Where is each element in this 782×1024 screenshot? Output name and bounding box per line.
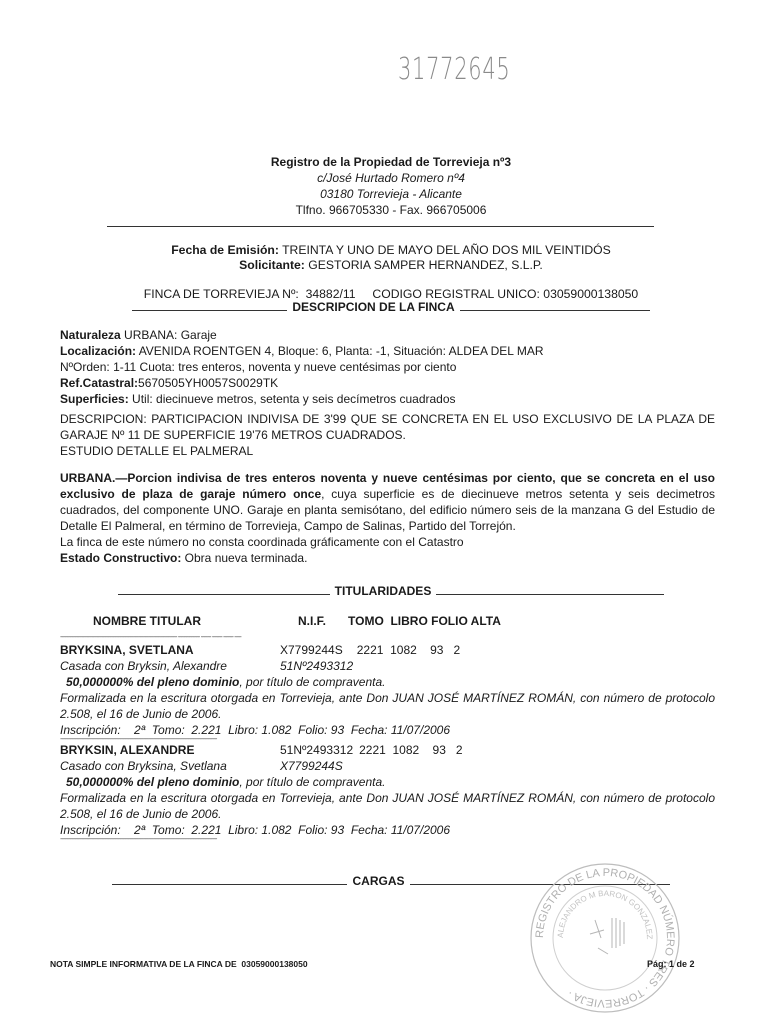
titular-formalizada: Formalizada en la escritura otorgada en …: [60, 690, 715, 722]
titular-name: BRYKSIN, ALEXANDRE: [60, 742, 300, 758]
section-titularidades: TITULARIDADES: [0, 584, 782, 598]
seal-outer-text: REGISTRO DE LA PROPIEDAD NÚMERO TRES · T…: [534, 867, 676, 1009]
section-descripcion: DESCRIPCION DE LA FINCA: [0, 300, 782, 314]
divider-right: [460, 310, 650, 311]
page-number: Pág: 1 de 2: [647, 959, 695, 969]
emission-value: TREINTA Y UNO DE MAYO DEL AÑO DOS MIL VE…: [282, 243, 611, 257]
ref-catastral: Ref.Catastral:5670505YH0057S0029TK: [60, 375, 715, 391]
estado-label: Estado Constructivo:: [60, 551, 181, 565]
divider-left: [118, 594, 330, 595]
ref-catastral-label: Ref.Catastral:: [60, 376, 138, 390]
divider-left: [112, 884, 347, 885]
header-nombre: NOMBRE TITULAR: [93, 614, 201, 628]
superficies: Superficies: Util: diecinueve metros, se…: [60, 391, 715, 407]
titular-name: BRYKSINA, SVETLANA: [60, 642, 300, 658]
header-underline: ----------------------------------------…: [60, 633, 410, 641]
emission-label: Fecha de Emisión:: [171, 243, 279, 257]
naturaleza-value: URBANA: Garaje: [121, 328, 217, 342]
registry-city: 03180 Torrevieja - Alicante: [0, 186, 782, 202]
solicitante-label: Solicitante:: [239, 258, 305, 272]
titular-row: BRYKSIN, ALEXANDRE51Nº24933122221 1082 9…: [60, 742, 715, 838]
localizacion-value: AVENIDA ROENTGEN 4, Bloque: 6, Planta: -…: [136, 344, 544, 358]
titular-nif: 51Nº2493312: [280, 742, 353, 758]
titular-share: 50,000000% del pleno dominio: [66, 675, 239, 689]
row-separator: ----------------------------------------…: [60, 835, 330, 843]
superficies-value: Util: diecinueve metros, setenta y seis …: [129, 392, 456, 406]
emission-date: Fecha de Emisión: TREINTA Y UNO DE MAYO …: [0, 242, 782, 258]
handwritten-reference-number: 31772645: [398, 52, 510, 87]
titular-spouse: Casado con Bryksina, Svetlana: [60, 758, 300, 774]
localizacion-label: Localización:: [60, 344, 136, 358]
titular-formalizada: Formalizada en la escritura otorgada en …: [60, 790, 715, 822]
titular-registry-data: 2221 1082 93 2: [359, 742, 462, 758]
titular-share-title: , por título de compraventa.: [239, 775, 385, 789]
section-title: CARGAS: [347, 874, 409, 888]
ref-catastral-value: 5670505YH0057S0029TK: [138, 376, 278, 390]
svg-text:REGISTRO DE LA PROPIEDAD NÚMER: REGISTRO DE LA PROPIEDAD NÚMERO TRES · T…: [534, 867, 676, 1009]
seal-inner-text: ALEJANDRO M BARON GONZALEZ: [556, 889, 654, 940]
titular-spouse-nif: 51Nº2493312: [280, 658, 353, 674]
solicitante-value: GESTORIA SAMPER HERNANDEZ, S.L.P.: [308, 258, 543, 272]
titular-spouse-nif: X7799244S: [280, 758, 343, 774]
localizacion: Localización: AVENIDA ROENTGEN 4, Bloque…: [60, 343, 715, 359]
estudio-detalle: ESTUDIO DETALLE EL PALMERAL: [60, 443, 715, 459]
svg-text:ALEJANDRO M BARON GONZALEZ: ALEJANDRO M BARON GONZALEZ: [556, 889, 654, 940]
registry-seal-stamp: REGISTRO DE LA PROPIEDAD NÚMERO TRES · T…: [520, 860, 690, 1015]
registry-address: c/José Hurtado Romero nº4: [0, 170, 782, 186]
urbana-paragraph: URBANA.—Porcion indivisa de tres enteros…: [60, 470, 715, 566]
descripcion-paragraph: DESCRIPCION: PARTICIPACION INDIVISA DE 3…: [60, 411, 715, 459]
descripcion-text: DESCRIPCION: PARTICIPACION INDIVISA DE 3…: [60, 411, 715, 443]
titular-share-title: , por título de compraventa.: [239, 675, 385, 689]
solicitante: Solicitante: GESTORIA SAMPER HERNANDEZ, …: [0, 257, 782, 273]
footer-nota-simple: NOTA SIMPLE INFORMATIVA DE LA FINCA DE 0…: [50, 959, 308, 969]
titular-nif: X7799244S: [280, 642, 343, 658]
divider-right: [436, 594, 664, 595]
urbana-description: URBANA.—Porcion indivisa de tres enteros…: [60, 470, 715, 534]
registry-header: Registro de la Propiedad de Torrevieja n…: [0, 154, 782, 218]
header-divider: [107, 226, 654, 227]
orden-cuota: NºOrden: 1-11 Cuota: tres enteros, noven…: [60, 359, 715, 375]
section-title: TITULARIDADES: [330, 584, 437, 598]
titular-row: BRYKSINA, SVETLANAX7799244S2221 1082 93 …: [60, 642, 715, 738]
catastro-note: La finca de este número no consta coordi…: [60, 534, 715, 550]
registry-phone: Tlfno. 966705330 - Fax. 966705006: [0, 202, 782, 218]
section-title: DESCRIPCION DE LA FINCA: [287, 300, 459, 314]
titular-registry-data: 2221 1082 93 2: [357, 642, 460, 658]
finca-details: Naturaleza URBANA: Garaje Localización: …: [60, 327, 715, 407]
naturaleza: Naturaleza URBANA: Garaje: [60, 327, 715, 343]
header-nif: N.I.F.: [298, 614, 326, 628]
estado-constructivo: Estado Constructivo: Obra nueva terminad…: [60, 550, 715, 566]
registry-name: Registro de la Propiedad de Torrevieja n…: [0, 154, 782, 170]
titular-share: 50,000000% del pleno dominio: [66, 775, 239, 789]
superficies-label: Superficies:: [60, 392, 129, 406]
estado-value: Obra nueva terminada.: [181, 551, 307, 565]
header-tomo-libro-folio-alta: TOMO LIBRO FOLIO ALTA: [348, 614, 501, 628]
divider-left: [132, 310, 287, 311]
titular-spouse: Casada con Bryksin, Alexandre: [60, 658, 300, 674]
naturaleza-label: Naturaleza: [60, 328, 121, 342]
